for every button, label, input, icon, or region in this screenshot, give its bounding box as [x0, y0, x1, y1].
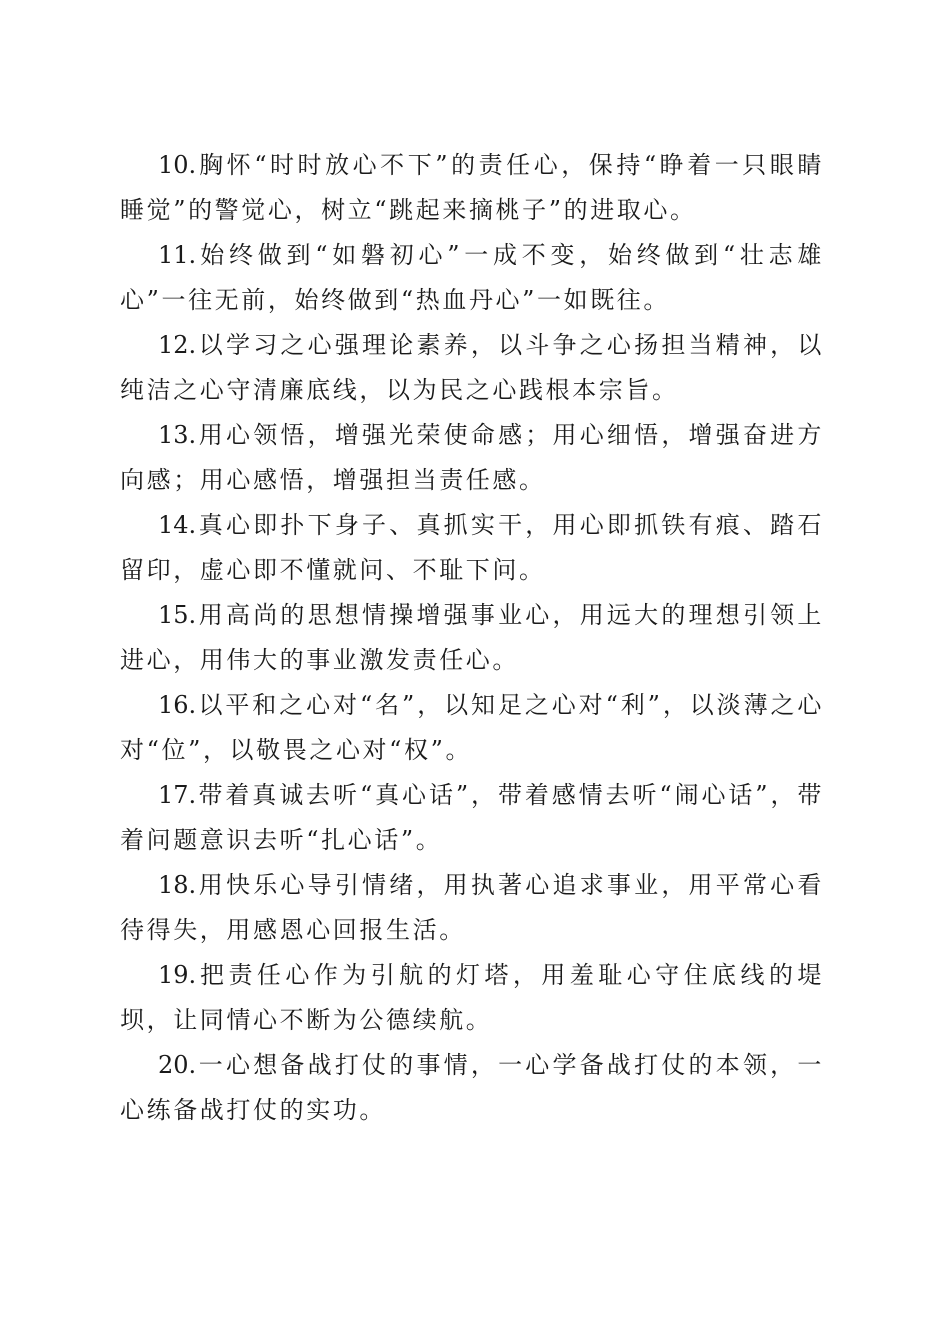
paragraph-text: 以学习之心强理论素养，以斗争之心扬担当精神，以纯洁之心守清廉底线，以为民之心践根… — [120, 331, 824, 404]
paragraph-16: 16.以平和之心对“名”，以知足之心对“利”，以淡薄之心对“位”，以敬畏之心对“… — [120, 683, 824, 773]
paragraph-15: 15.用高尚的思想情操增强事业心，用远大的理想引领上进心，用伟大的事业激发责任心… — [120, 593, 824, 683]
paragraph-text: 以平和之心对“名”，以知足之心对“利”，以淡薄之心对“位”，以敬畏之心对“权”。 — [120, 691, 824, 764]
item-number: 10. — [158, 151, 196, 179]
paragraph-11: 11.始终做到“如磐初心”一成不变，始终做到“壮志雄心”一往无前，始终做到“热血… — [120, 233, 824, 323]
paragraph-text: 始终做到“如磐初心”一成不变，始终做到“壮志雄心”一往无前，始终做到“热血丹心”… — [120, 241, 824, 314]
paragraph-text: 一心想备战打仗的事情，一心学备战打仗的本领，一心练备战打仗的实功。 — [120, 1051, 824, 1124]
paragraph-text: 用高尚的思想情操增强事业心，用远大的理想引领上进心，用伟大的事业激发责任心。 — [120, 601, 824, 674]
paragraph-20: 20.一心想备战打仗的事情，一心学备战打仗的本领，一心练备战打仗的实功。 — [120, 1043, 824, 1133]
document-page: 10.胸怀“时时放心不下”的责任心，保持“睁着一只眼睛睡觉”的警觉心，树立“跳起… — [120, 143, 824, 1133]
paragraph-text: 胸怀“时时放心不下”的责任心，保持“睁着一只眼睛睡觉”的警觉心，树立“跳起来摘桃… — [120, 151, 824, 224]
paragraph-10: 10.胸怀“时时放心不下”的责任心，保持“睁着一只眼睛睡觉”的警觉心，树立“跳起… — [120, 143, 824, 233]
paragraph-14: 14.真心即扑下身子、真抓实干，用心即抓铁有痕、踏石留印，虚心即不懂就问、不耻下… — [120, 503, 824, 593]
item-number: 13. — [158, 421, 196, 449]
item-number: 19. — [158, 961, 196, 989]
item-number: 14. — [158, 511, 196, 539]
paragraph-text: 用心领悟，增强光荣使命感；用心细悟，增强奋进方向感；用心感悟，增强担当责任感。 — [120, 421, 824, 494]
paragraph-text: 把责任心作为引航的灯塔，用羞耻心守住底线的堤坝，让同情心不断为公德续航。 — [120, 961, 824, 1034]
paragraph-text: 真心即扑下身子、真抓实干，用心即抓铁有痕、踏石留印，虚心即不懂就问、不耻下问。 — [120, 511, 824, 584]
item-number: 15. — [158, 601, 196, 629]
item-number: 11. — [158, 241, 196, 269]
item-number: 16. — [158, 691, 196, 719]
paragraph-text: 用快乐心导引情绪，用执著心追求事业，用平常心看待得失，用感恩心回报生活。 — [120, 871, 824, 944]
paragraph-17: 17.带着真诚去听“真心话”，带着感情去听“闹心话”，带着问题意识去听“扎心话”… — [120, 773, 824, 863]
item-number: 18. — [158, 871, 196, 899]
item-number: 17. — [158, 781, 196, 809]
paragraph-13: 13.用心领悟，增强光荣使命感；用心细悟，增强奋进方向感；用心感悟，增强担当责任… — [120, 413, 824, 503]
item-number: 20. — [158, 1051, 196, 1079]
item-number: 12. — [158, 331, 196, 359]
paragraph-18: 18.用快乐心导引情绪，用执著心追求事业，用平常心看待得失，用感恩心回报生活。 — [120, 863, 824, 953]
paragraph-text: 带着真诚去听“真心话”，带着感情去听“闹心话”，带着问题意识去听“扎心话”。 — [120, 781, 824, 854]
paragraph-19: 19.把责任心作为引航的灯塔，用羞耻心守住底线的堤坝，让同情心不断为公德续航。 — [120, 953, 824, 1043]
paragraph-12: 12.以学习之心强理论素养，以斗争之心扬担当精神，以纯洁之心守清廉底线，以为民之… — [120, 323, 824, 413]
